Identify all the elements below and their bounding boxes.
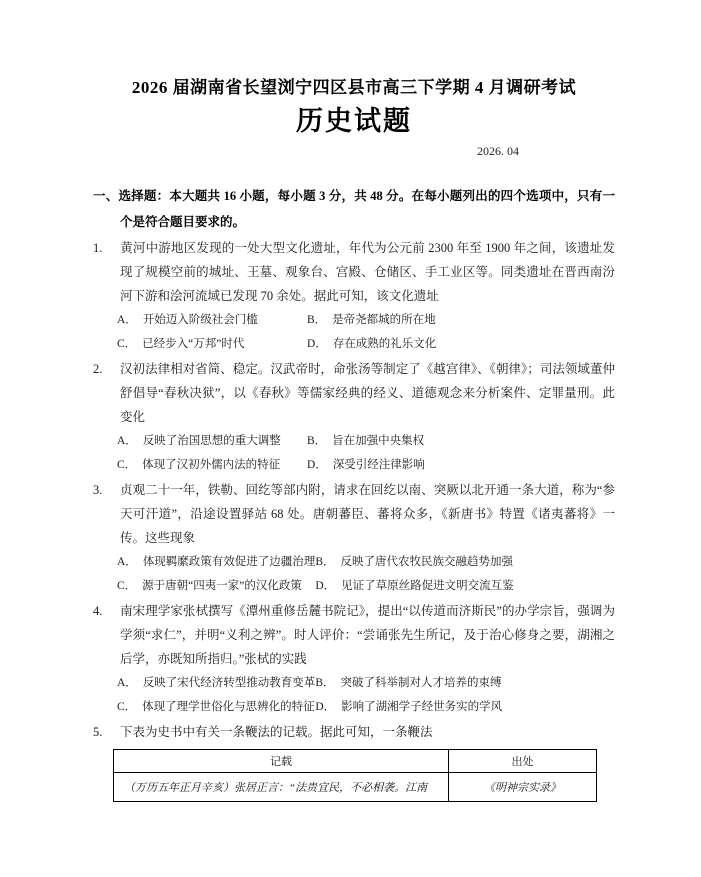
option-text: 存在成熟的礼乐文化 (333, 338, 437, 350)
option-label: C． (117, 574, 136, 598)
exam-title: 2026 届湖南省长望浏宁四区县市高三下学期 4 月调研考试 (93, 76, 615, 100)
option-label: D． (315, 574, 335, 598)
option-text: 体现了理学世俗化与思辨化的特征 (142, 701, 315, 713)
records-table: 记载 出处 （万历五年正月辛亥）张居正言：“法贵宜民，不必相袭。江南 《明神宗实… (113, 749, 597, 802)
question-number: 3. (93, 478, 120, 502)
option-d: D．见证了草原丝路促进文明交流互鉴 (315, 574, 615, 598)
option-label: C． (117, 453, 136, 477)
question-stem: 4.南宋理学家张栻撰写《潭州重修岳麓书院记》，提出“以传道而济斯民”的办学宗旨，… (93, 599, 615, 671)
question-3: 3.贞观二十一年，铁勒、回纥等部内附，请求在回纥以南、突厥以北开通一条大道，称为… (93, 478, 615, 598)
exam-date: 2026. 04 (93, 143, 615, 159)
option-label: A． (117, 429, 137, 453)
table-header-source: 出处 (449, 750, 597, 773)
table-row: （万历五年正月辛亥）张居正言：“法贵宜民，不必相袭。江南 《明神宗实录》 (114, 773, 597, 802)
option-text: 体现羁縻政策有效促进了边疆治理 (143, 556, 316, 568)
question-2: 2.汉初法律相对省简、稳定。汉武帝时，命张汤等制定了《越宫律》、《朝律》；司法领… (93, 357, 615, 477)
table-header-row: 记载 出处 (114, 750, 597, 773)
option-b: B．突破了科举制对人才培养的束缚 (315, 671, 615, 695)
option-d: D．影响了湖湘学子经世务实的学风 (315, 695, 615, 719)
exam-subtitle: 历史试题 (93, 104, 615, 138)
option-label: B． (307, 429, 326, 453)
option-label: C． (117, 695, 136, 719)
question-number: 2. (93, 357, 120, 381)
question-4: 4.南宋理学家张栻撰写《潭州重修岳麓书院记》，提出“以传道而济斯民”的办学宗旨，… (93, 599, 615, 719)
option-text: 开始迈入阶级社会门槛 (143, 314, 258, 326)
option-a: A．反映了宋代经济转型推动教育变革 (117, 671, 315, 695)
table-cell-source: 《明神宗实录》 (449, 773, 597, 802)
option-label: A． (117, 308, 137, 332)
option-label: B． (315, 671, 334, 695)
option-text: 反映了治国思想的重大调整 (143, 435, 281, 447)
question-options: A．反映了宋代经济转型推动教育变革 B．突破了科举制对人才培养的束缚 C．体现了… (117, 671, 615, 719)
option-label: B． (315, 550, 334, 574)
option-d: D．深受引经注律影响 (307, 453, 615, 477)
question-stem-text: 汉初法律相对省简、稳定。汉武帝时，命张汤等制定了《越宫律》、《朝律》；司法领域董… (120, 362, 615, 424)
option-text: 已经步入“万邦”时代 (142, 338, 244, 350)
option-text: 源于唐朝“四夷一家”的汉化政策 (142, 580, 302, 592)
option-text: 影响了湖湘学子经世务实的学风 (341, 701, 502, 713)
section-header: 一、选择题：本大题共 16 小题，每小题 3 分，共 48 分。在每小题列出的四… (93, 183, 615, 235)
question-stem-text: 南宋理学家张栻撰写《潭州重修岳麓书院记》，提出“以传道而济斯民”的办学宗旨，强调… (120, 604, 615, 666)
table-cell-record: （万历五年正月辛亥）张居正言：“法贵宜民，不必相袭。江南 (114, 773, 449, 802)
option-a: A．体现羁縻政策有效促进了边疆治理 (117, 550, 315, 574)
table-header-record: 记载 (114, 750, 449, 773)
option-c: C．体现了汉初外儒内法的特征 (117, 453, 307, 477)
option-label: D． (315, 695, 335, 719)
option-label: A． (117, 550, 137, 574)
question-5: 5.下表为史书中有关一条鞭法的记载。据此可知，一条鞭法 记载 出处 （万历五年正… (93, 720, 615, 802)
question-number: 5. (93, 720, 120, 744)
option-b: B．是帝尧都城的所在地 (307, 308, 615, 332)
option-label: A． (117, 671, 137, 695)
question-stem-text: 贞观二十一年，铁勒、回纥等部内附，请求在回纥以南、突厥以北开通一条大道，称为“参… (120, 483, 615, 545)
question-stem-text: 下表为史书中有关一条鞭法的记载。据此可知，一条鞭法 (120, 725, 433, 739)
option-text: 突破了科举制对人才培养的束缚 (340, 677, 501, 689)
question-options: A．反映了治国思想的重大调整 B．旨在加强中央集权 C．体现了汉初外儒内法的特征… (117, 429, 615, 477)
option-c: C．源于唐朝“四夷一家”的汉化政策 (117, 574, 315, 598)
option-text: 旨在加强中央集权 (332, 435, 424, 447)
question-options: A．体现羁縻政策有效促进了边疆治理 B．反映了唐代农牧民族交融趋势加强 C．源于… (117, 550, 615, 598)
question-stem: 5.下表为史书中有关一条鞭法的记载。据此可知，一条鞭法 (93, 720, 615, 744)
question-stem: 3.贞观二十一年，铁勒、回纥等部内附，请求在回纥以南、突厥以北开通一条大道，称为… (93, 478, 615, 550)
option-label: B． (307, 308, 326, 332)
option-label: C． (117, 332, 136, 356)
question-number: 4. (93, 599, 120, 623)
option-text: 见证了草原丝路促进文明交流互鉴 (341, 580, 514, 592)
option-b: B．旨在加强中央集权 (307, 429, 615, 453)
question-stem: 1.黄河中游地区发现的一处大型文化遗址，年代为公元前 2300 年至 1900 … (93, 236, 615, 308)
option-a: A．开始迈入阶级社会门槛 (117, 308, 307, 332)
option-text: 深受引经注律影响 (333, 459, 425, 471)
option-label: D． (307, 332, 327, 356)
question-stem: 2.汉初法律相对省简、稳定。汉武帝时，命张汤等制定了《越宫律》、《朝律》；司法领… (93, 357, 615, 429)
option-c: C．体现了理学世俗化与思辨化的特征 (117, 695, 315, 719)
question-stem-text: 黄河中游地区发现的一处大型文化遗址，年代为公元前 2300 年至 1900 年之… (120, 241, 615, 303)
option-text: 反映了唐代农牧民族交融趋势加强 (340, 556, 513, 568)
option-b: B．反映了唐代农牧民族交融趋势加强 (315, 550, 615, 574)
option-a: A．反映了治国思想的重大调整 (117, 429, 307, 453)
option-text: 体现了汉初外儒内法的特征 (142, 459, 280, 471)
option-text: 反映了宋代经济转型推动教育变革 (143, 677, 316, 689)
option-c: C．已经步入“万邦”时代 (117, 332, 307, 356)
question-1: 1.黄河中游地区发现的一处大型文化遗址，年代为公元前 2300 年至 1900 … (93, 236, 615, 356)
exam-page: 2026 届湖南省长望浏宁四区县市高三下学期 4 月调研考试 历史试题 2026… (0, 0, 701, 877)
question-options: A．开始迈入阶级社会门槛 B．是帝尧都城的所在地 C．已经步入“万邦”时代 D．… (117, 308, 615, 356)
option-label: D． (307, 453, 327, 477)
option-text: 是帝尧都城的所在地 (332, 314, 436, 326)
question-number: 1. (93, 236, 120, 260)
option-d: D．存在成熟的礼乐文化 (307, 332, 615, 356)
